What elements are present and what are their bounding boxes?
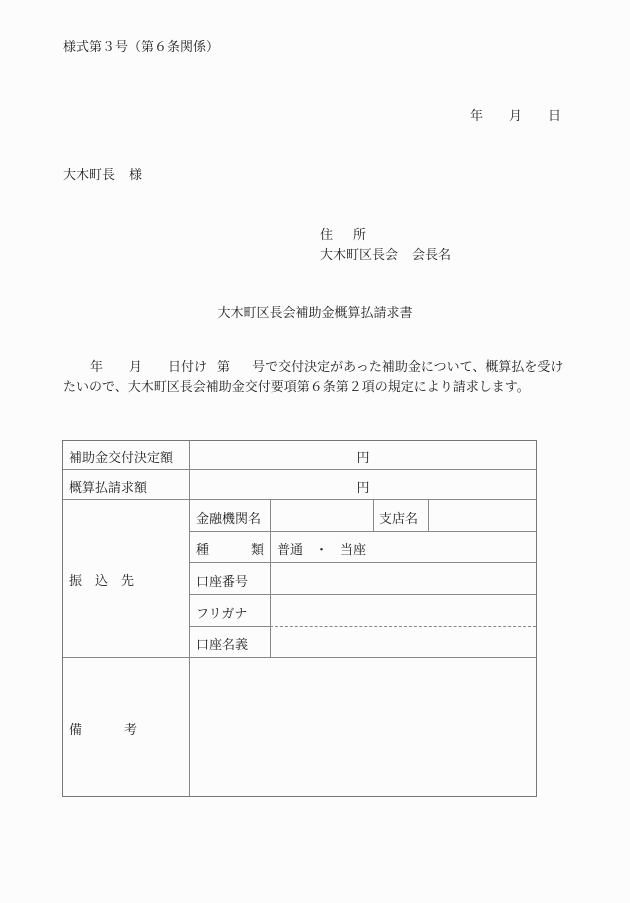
account-number-label: 口座番号 (196, 571, 248, 590)
label-char: 類 (251, 539, 264, 558)
applicant-role: 会長名 (412, 248, 451, 263)
applicant-org-line: 大木町区長会会長名 (320, 244, 451, 263)
address-label-char-1: 住 (320, 228, 333, 243)
address-label-char-2: 所 (353, 228, 366, 243)
advance-request-amount-label: 概算払請求額 (69, 477, 147, 496)
row-divider (63, 469, 536, 470)
address-label: 住所 (320, 224, 366, 243)
yen-unit: 円 (356, 451, 369, 466)
applicant-org: 大木町区長会 (320, 248, 398, 263)
document-title: 大木町区長会補助金概算払請求書 (0, 302, 630, 321)
account-number-field[interactable] (271, 563, 536, 594)
label-char: 種 (196, 543, 209, 558)
remarks-label: 備考 (69, 719, 137, 738)
furigana-field[interactable] (271, 595, 536, 626)
account-type-label: 種類 (196, 539, 264, 558)
addressee-name: 大木町長 (63, 168, 115, 183)
label-char: 込 (95, 574, 108, 589)
advance-request-amount-field[interactable]: 円 (190, 477, 536, 496)
remarks-field[interactable] (190, 658, 536, 796)
body-paragraph: 年月日付け第号で交付決定があった補助金について、概算払を受けたいので、大木町区長… (63, 358, 569, 398)
request-table: 補助金交付決定額 円 概算払請求額 円 振込先 金融機関名 支店名 種類 普通・… (62, 440, 537, 797)
date-line: 年月日 (470, 105, 561, 124)
row-divider (189, 531, 536, 532)
yen-unit: 円 (356, 481, 369, 496)
date-day: 日 (548, 105, 561, 124)
account-type-current[interactable]: 当座 (340, 543, 366, 558)
branch-name-field[interactable] (429, 500, 536, 531)
grant-decision-amount-label: 補助金交付決定額 (69, 447, 173, 466)
bank-name-field[interactable] (271, 500, 373, 531)
body-day: 日付け (168, 360, 207, 375)
body-month: 月 (129, 360, 142, 375)
bank-name-label: 金融機関名 (196, 508, 261, 527)
form-number: 様式第３号（第６条関係） (63, 36, 219, 55)
transfer-destination-label: 振込先 (69, 570, 134, 589)
date-year: 年 (470, 105, 483, 124)
label-char: 考 (124, 723, 137, 738)
label-char: 先 (121, 574, 134, 589)
addressee: 大木町長様 (63, 164, 142, 183)
account-holder-label: 口座名義 (196, 634, 248, 653)
date-month: 月 (509, 105, 522, 124)
furigana-label: フリガナ (196, 603, 247, 622)
grant-decision-amount-field[interactable]: 円 (190, 447, 536, 466)
body-number-prefix: 第 (217, 360, 230, 375)
addressee-honorific: 様 (129, 168, 142, 183)
body-year: 年 (90, 360, 103, 375)
account-type-separator: ・ (315, 543, 328, 558)
column-divider (373, 499, 374, 531)
label-char: 備 (69, 723, 82, 738)
label-char: 振 (69, 574, 82, 589)
row-divider (189, 626, 270, 627)
account-holder-field[interactable] (271, 627, 536, 657)
account-type-options: 普通・当座 (277, 539, 366, 558)
branch-name-label: 支店名 (379, 508, 418, 527)
account-type-ordinary[interactable]: 普通 (277, 543, 303, 558)
